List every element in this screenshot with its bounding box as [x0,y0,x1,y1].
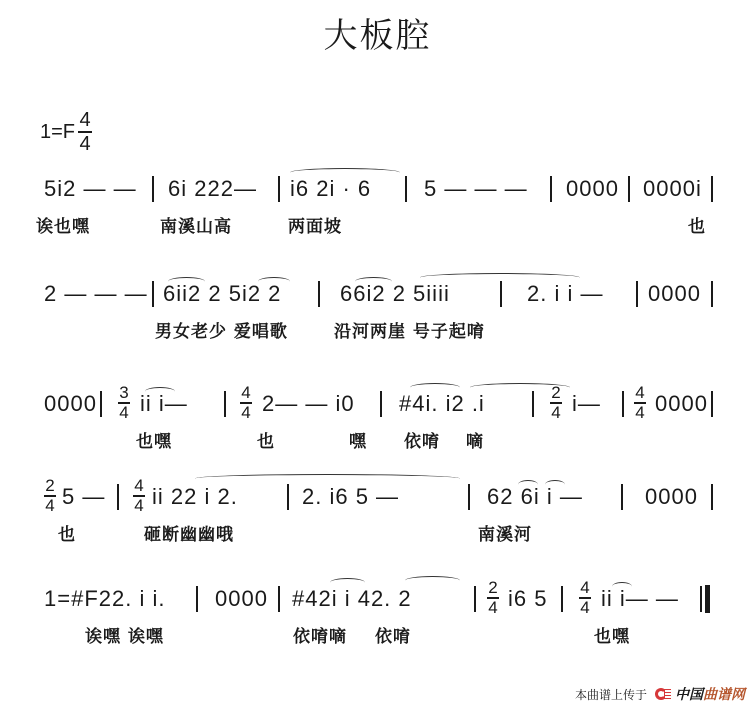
lyric: 南溪河 [478,520,532,545]
score-line-1: 5i2 — —6i 222—i6 2i · 65 — — —00000000i诶… [0,170,755,270]
lyric: 依唷 [404,427,440,452]
lyric: 依唷 [375,622,411,647]
slur [410,383,460,392]
lyric: 依唷嘀 [293,622,347,647]
barline [550,176,552,202]
note-group: 0000 [648,281,701,307]
note-group: 0000 [655,391,708,417]
barline [711,391,713,417]
barline [318,281,320,307]
barline [474,586,476,612]
time-signature-change: 44 [634,385,646,421]
watermark-site-cn: 中国 [675,684,703,704]
lyric: 也 [688,212,706,237]
barline [561,586,563,612]
lyric: 也 [58,520,76,545]
barline [196,586,198,612]
lyric: 男女老少 爱唱歌 [155,317,288,342]
barline [711,281,713,307]
slur [470,383,570,392]
note-group: 0000 [44,391,97,417]
slur [420,273,580,282]
lyric: 两面坡 [288,212,342,237]
barline [621,484,623,510]
slur [330,578,365,587]
score-line-3: 0000ii i—2— — i0#4i. i2 .ii—000034442444… [0,385,755,485]
slur [195,474,460,483]
note-group: ii 22 i 2. [152,484,238,510]
note-group: 2 — — — [44,281,148,307]
note-group: 5 — [62,484,105,510]
note-group: i6 5 [508,586,547,612]
barline [636,281,638,307]
lyric: 诶嘿 诶嘿 [85,622,164,647]
slur [545,480,565,489]
lyric: 嘀 [466,427,484,452]
watermark-prefix: 本曲谱上传于 [575,686,647,703]
barline [711,484,713,510]
note-group: 2— — i0 [262,391,355,417]
slur [518,480,538,489]
note-group: 0000 [566,176,619,202]
barline [711,176,713,202]
slur [258,277,290,286]
final-barline-thin [700,586,702,612]
time-signature-change: 34 [118,385,130,421]
note-group: 6i 222— [168,176,257,202]
note-group: #42i i 42. 2 [292,586,412,612]
note-group: 0000 [645,484,698,510]
slur [168,277,205,286]
barline [405,176,407,202]
barline [100,391,102,417]
lyric: 沿河两崖 号子起唷 [334,317,485,342]
time-signature-change: 24 [44,478,56,514]
note-group: 5 — — — [424,176,528,202]
lyric: 嘿 [349,427,367,452]
score-line-4: 5 —ii 22 i 2.2. i6 5 —62 6i i —00002444也… [0,478,755,578]
site-logo-icon [655,687,671,701]
slur [355,277,392,286]
slur [612,582,632,591]
note-group: 2. i i — [527,281,603,307]
note-group: #4i. i2 .i [399,391,485,417]
barline [628,176,630,202]
key-label: 1=F [40,121,75,144]
lyric: 也嘿 [136,427,172,452]
time-signature-change: 44 [240,385,252,421]
lyric: 砸断幽幽哦 [144,520,234,545]
barline [622,391,624,417]
note-group: i— [572,391,601,417]
barline [287,484,289,510]
note-group: 1=#F22. i i. [44,586,165,612]
watermark-site-qp: 曲谱网 [703,684,745,704]
score-line-5: 1=#F22. i i.0000#42i i 42. 2i6 5ii i— —2… [0,580,755,680]
score-line-2: 2 — — —6ii2 2 5i2 266i2 2 5iiii2. i i —0… [0,275,755,375]
lyric: 也嘿 [594,622,630,647]
barline [380,391,382,417]
time-signature-change: 24 [487,580,499,616]
key-signature: 1=F 4 4 [40,110,92,154]
barline [278,176,280,202]
time-signature: 4 4 [78,110,92,154]
note-group: 0000i [643,176,702,202]
barline [152,176,154,202]
slur [145,387,175,396]
final-barline-thick [705,585,710,613]
barline [224,391,226,417]
barline [117,484,119,510]
note-group: 5i2 — — [44,176,137,202]
time-signature-change: 44 [579,580,591,616]
barline [500,281,502,307]
note-group: 0000 [215,586,268,612]
barline [152,281,154,307]
note-group: 2. i6 5 — [302,484,399,510]
slur [290,168,400,177]
lyric: 也 [257,427,275,452]
time-signature-change: 44 [133,478,145,514]
watermark: 本曲谱上传于 中国 曲谱网 [575,684,745,704]
note-group: i6 2i · 6 [290,176,371,202]
slur [405,576,460,585]
lyric: 诶也嘿 [36,212,90,237]
lyric: 南溪山高 [160,212,232,237]
barline [278,586,280,612]
song-title: 大板腔 [0,8,755,57]
barline [532,391,534,417]
barline [468,484,470,510]
